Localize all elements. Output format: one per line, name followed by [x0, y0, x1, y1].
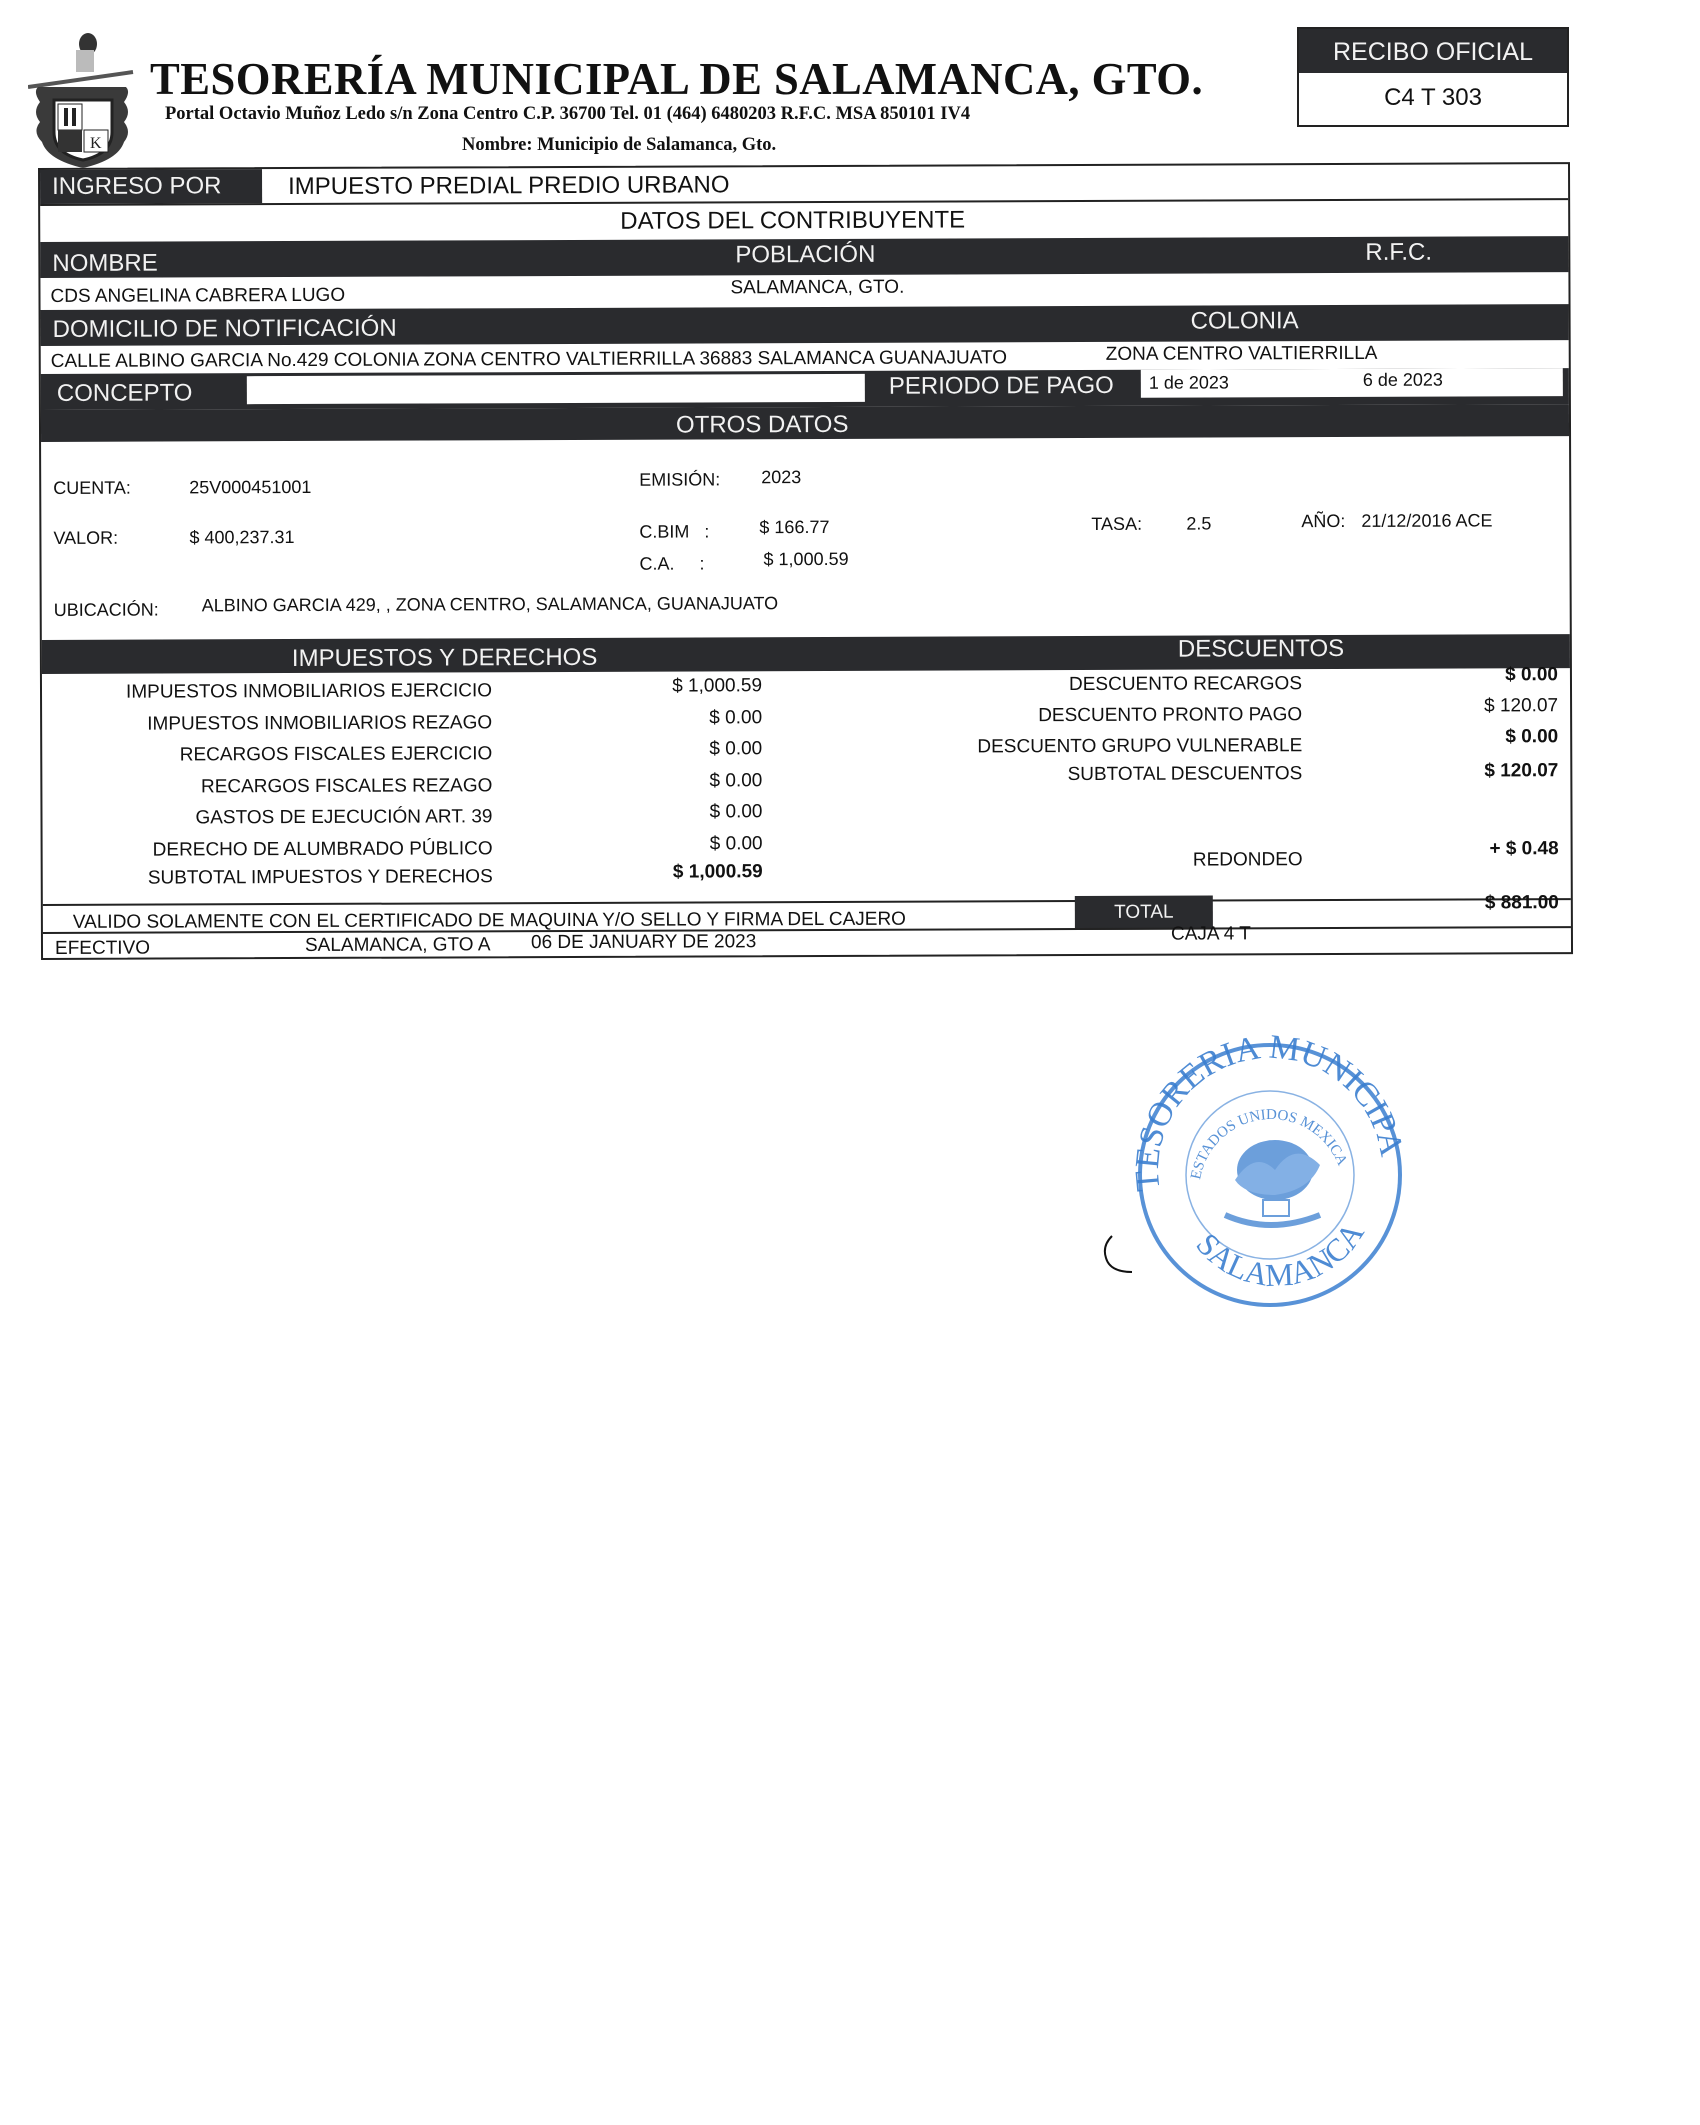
- periodo-desde: 1 de 2023: [1149, 372, 1229, 393]
- domicilio-value: CALLE ALBINO GARCIA No.429 COLONIA ZONA …: [51, 347, 1007, 373]
- descuentos-title: DESCUENTOS: [1178, 635, 1344, 664]
- poblacion-label: POBLACIÓN: [735, 241, 875, 270]
- nombre-label: NOMBRE: [52, 250, 157, 278]
- concepto-value-box: [247, 374, 865, 404]
- tasa-label: TASA:: [1091, 514, 1142, 535]
- descuento-item-amount: $ 0.00: [1382, 726, 1558, 749]
- receipt-form: INGRESO POR IMPUESTO PREDIAL PREDIO URBA…: [38, 162, 1573, 960]
- impuesto-item-amount: $ 0.00: [582, 738, 762, 761]
- cbim-value: $ 166.77: [759, 517, 829, 538]
- anio-label: AÑO:: [1301, 511, 1345, 532]
- valor-value: $ 400,237.31: [189, 527, 294, 548]
- contribuyente-title-row: DATOS DEL CONTRIBUYENTE: [40, 200, 1568, 242]
- poblacion-value: SALAMANCA, GTO.: [730, 277, 904, 300]
- ingreso-row: INGRESO POR IMPUESTO PREDIAL PREDIO URBA…: [40, 164, 1568, 204]
- impuesto-item-label: RECARGOS FISCALES EJERCICIO: [62, 743, 492, 767]
- cuenta-label: CUENTA:: [53, 478, 131, 499]
- ca-label: C.A. :: [639, 553, 704, 574]
- periodo-hasta: 6 de 2023: [1363, 370, 1443, 391]
- payment-date: 06 DE JANUARY DE 2023: [531, 931, 756, 954]
- ubicacion-value: ALBINO GARCIA 429, , ZONA CENTRO, SALAMA…: [202, 593, 779, 616]
- redondeo-label: REDONDEO: [1003, 849, 1303, 872]
- impuesto-item-label: IMPUESTOS INMOBILIARIOS REZAGO: [62, 712, 492, 736]
- domicilio-header-row: DOMICILIO DE NOTIFICACIÓN COLONIA: [41, 304, 1569, 346]
- descuentos-subtotal-label: SUBTOTAL DESCUENTOS: [902, 763, 1302, 787]
- anio-value: 21/12/2016 ACE: [1361, 510, 1492, 532]
- impuesto-item-label: IMPUESTOS INMOBILIARIOS EJERCICIO: [62, 680, 492, 704]
- ingreso-value: IMPUESTO PREDIAL PREDIO URBANO: [288, 171, 730, 201]
- concepto-row: CONCEPTO PERIODO DE PAGO 1 de 2023 6 de …: [41, 368, 1569, 410]
- receipt-label: RECIBO OFICIAL: [1299, 29, 1567, 73]
- colonia-label: COLONIA: [1191, 307, 1299, 335]
- domicilio-label: DOMICILIO DE NOTIFICACIÓN: [53, 315, 397, 344]
- descuento-item-amount: $ 120.07: [1382, 695, 1558, 718]
- descuento-item-label: DESCUENTO PRONTO PAGO: [902, 704, 1302, 728]
- ubicacion-label: UBICACIÓN:: [54, 600, 159, 621]
- cuenta-value: 25V000451001: [189, 477, 311, 498]
- ca-value: $ 1,000.59: [763, 549, 848, 570]
- colonia-value: ZONA CENTRO VALTIERRILLA: [1106, 343, 1378, 366]
- impuesto-item-amount: $ 1,000.59: [582, 675, 762, 698]
- emision-label: EMISIÓN:: [639, 469, 720, 490]
- treasury-address: Portal Octavio Muñoz Ledo s/n Zona Centr…: [165, 104, 970, 125]
- total-value: $ 881.00: [1383, 892, 1559, 915]
- concepto-label: CONCEPTO: [57, 379, 193, 408]
- rfc-label: R.F.C.: [1365, 239, 1432, 267]
- periodo-label: PERIODO DE PAGO: [889, 372, 1114, 401]
- impuestos-body: IMPUESTOS INMOBILIARIOS EJERCICIO$ 1,000…: [42, 668, 1571, 904]
- coat-of-arms-icon: K: [28, 32, 138, 172]
- descuento-item-amount: $ 0.00: [1382, 664, 1558, 687]
- impuestos-title: IMPUESTOS Y DERECHOS: [292, 644, 598, 673]
- impuesto-item-amount: $ 0.00: [582, 707, 762, 730]
- payment-row: EFECTIVO SALAMANCA, GTO A 06 DE JANUARY …: [43, 926, 1571, 958]
- cbim-label: C.BIM :: [639, 521, 709, 542]
- official-seal-icon: TESORERIA MUNICIPAL ESTADOS UNIDOS MEXIC…: [1125, 1030, 1415, 1320]
- ingreso-label: INGRESO POR: [40, 169, 262, 204]
- emision-value: 2023: [761, 467, 801, 488]
- contribuyente-section-title: DATOS DEL CONTRIBUYENTE: [620, 206, 965, 235]
- signature-mark: [1098, 1232, 1138, 1278]
- impuesto-item-label: GASTOS DE EJECUCIÓN ART. 39: [62, 806, 492, 830]
- nombre-value: CDS ANGELINA CABRERA LUGO: [50, 285, 345, 308]
- redondeo-value: + $ 0.48: [1383, 838, 1559, 861]
- impuesto-item-label: DERECHO DE ALUMBRADO PÚBLICO: [63, 838, 493, 862]
- receipt-number-box: RECIBO OFICIAL C4 T 303: [1297, 27, 1569, 127]
- tasa-value: 2.5: [1186, 513, 1211, 534]
- descuento-item-label: DESCUENTO GRUPO VULNERABLE: [902, 735, 1302, 759]
- receipt-number: C4 T 303: [1299, 73, 1567, 123]
- place-date-prefix: SALAMANCA, GTO A: [305, 934, 491, 957]
- impuesto-item-label: RECARGOS FISCALES REZAGO: [62, 775, 492, 799]
- descuentos-subtotal: $ 120.07: [1382, 760, 1558, 783]
- descuento-item-label: DESCUENTO RECARGOS: [902, 673, 1302, 697]
- impuestos-subtotal: $ 1,000.59: [583, 861, 763, 884]
- valor-label: VALOR:: [53, 528, 118, 549]
- nombre-header-row: NOMBRE POBLACIÓN R.F.C.: [40, 236, 1568, 278]
- caja-label: CAJA 4 T: [1171, 923, 1251, 945]
- otros-datos-body: CUENTA: 25V000451001 EMISIÓN: 2023 VALOR…: [41, 436, 1570, 640]
- impuesto-item-amount: $ 0.00: [582, 770, 762, 793]
- svg-text:K: K: [90, 135, 102, 152]
- treasury-title: TESORERÍA MUNICIPAL DE SALAMANCA, GTO.: [150, 52, 1203, 105]
- periodo-value-box: 1 de 2023 6 de 2023: [1141, 368, 1563, 398]
- otros-datos-title: OTROS DATOS: [676, 411, 849, 440]
- impuestos-subtotal-label: SUBTOTAL IMPUESTOS Y DERECHOS: [63, 866, 493, 890]
- payment-method: EFECTIVO: [55, 938, 150, 960]
- treasury-name-line: Nombre: Municipio de Salamanca, Gto.: [462, 135, 776, 156]
- impuesto-item-amount: $ 0.00: [583, 833, 763, 856]
- impuesto-item-amount: $ 0.00: [582, 801, 762, 824]
